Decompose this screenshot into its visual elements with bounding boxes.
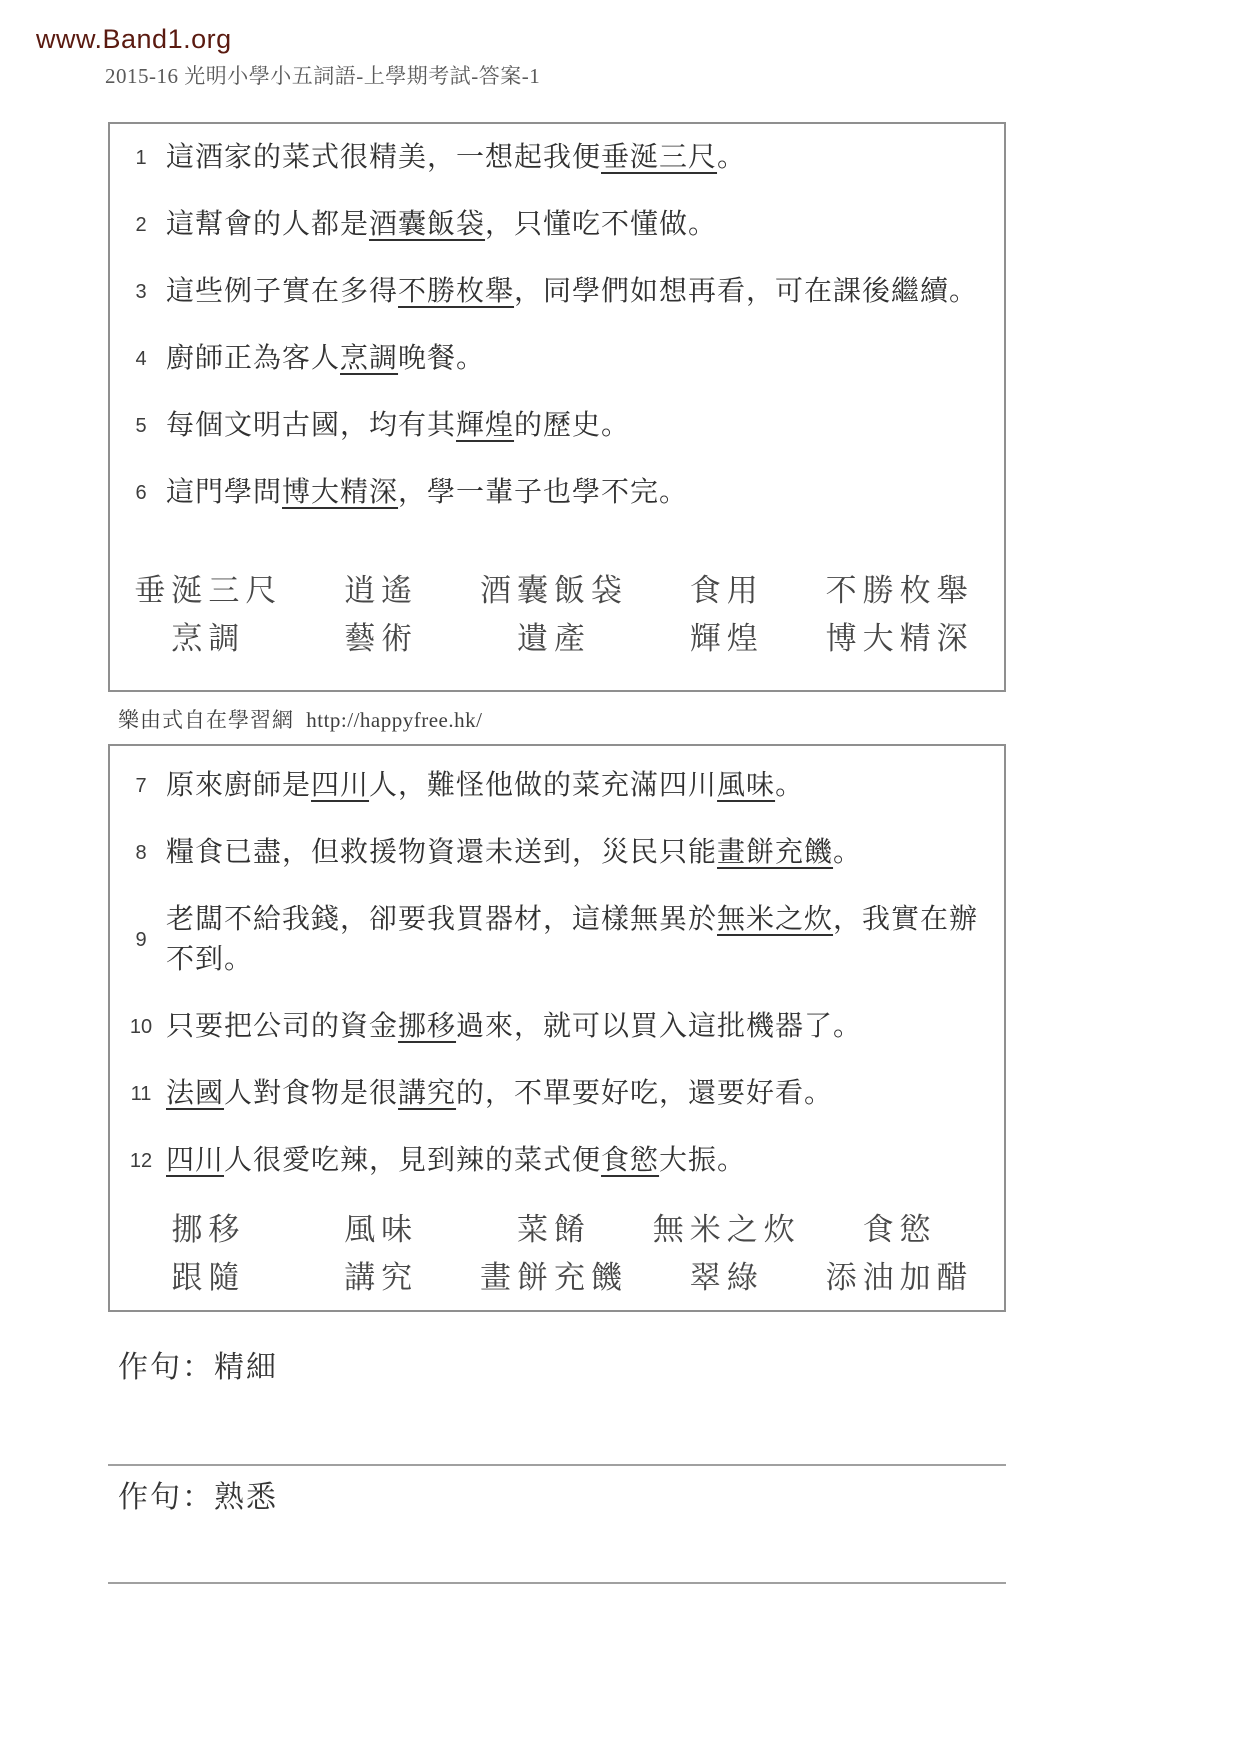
word-bank-row: 跟隨講究畫餅充饑翠綠添油加醋 xyxy=(122,1256,986,1300)
sentence-segment: 的歷史。 xyxy=(514,410,630,441)
sentence-number: 1 xyxy=(122,138,160,178)
answer-rule-1 xyxy=(108,1464,1006,1466)
sentence-text: 只要把公司的資金挪移過來，就可以買入這批機器了。 xyxy=(160,1007,986,1047)
task-word: 精細 xyxy=(214,1351,278,1384)
word-bank-item: 挪移 xyxy=(122,1208,295,1252)
sentence-segment: 老闆不給我錢，卻要我買器材，這樣無異於 xyxy=(166,904,717,935)
sentence-segment: 人很愛吃辣，見到辣的菜式便 xyxy=(224,1145,601,1176)
sentence-task-2: 作句：熟悉 xyxy=(118,1472,278,1516)
word-bank-item: 菜餚 xyxy=(468,1208,641,1252)
worksheet-page: www.Band1.org 2015-16 光明小學小五詞語-上學期考試-答案-… xyxy=(0,0,1240,1754)
sentence-segment: ，同學們如想再看，可在課後繼續。 xyxy=(514,276,978,307)
sentence-number: 6 xyxy=(122,473,160,513)
sentence-number: 3 xyxy=(122,272,160,312)
sentence-task-1: 作句：精細 xyxy=(118,1342,278,1386)
sentence-row: 4廚師正為客人烹調晚餐。 xyxy=(122,339,986,379)
sentence-text: 糧食已盡，但救援物資還未送到，災民只能畫餅充饑。 xyxy=(160,833,986,873)
sentence-row: 3這些例子實在多得不勝枚舉，同學們如想再看，可在課後繼續。 xyxy=(122,272,986,312)
task-word: 熟悉 xyxy=(214,1481,278,1514)
sentence-segment: 大振。 xyxy=(659,1145,746,1176)
sentence-text: 這幫會的人都是酒囊飯袋，只懂吃不懂做。 xyxy=(160,205,986,245)
answer-word: 畫餅充饑 xyxy=(717,837,833,868)
sentence-segment: 這幫會的人都是 xyxy=(166,209,369,240)
sentence-segment: 這酒家的菜式很精美，一想起我便 xyxy=(166,142,601,173)
answer-word: 風味 xyxy=(717,770,775,801)
word-bank-item: 食慾 xyxy=(813,1208,986,1252)
word-bank-item: 講究 xyxy=(295,1256,468,1300)
source-line: 樂由式自在學習網 http://happyfree.hk/ xyxy=(118,704,482,734)
sentence-number: 7 xyxy=(122,766,160,806)
word-bank-item: 畫餅充饑 xyxy=(468,1256,641,1300)
sentence-list: 7原來廚師是四川人，難怪他做的菜充滿四川風味。8糧食已盡，但救援物資還未送到，災… xyxy=(122,766,986,1181)
sentence-text: 老闆不給我錢，卻要我買器材，這樣無異於無米之炊，我實在辦不到。 xyxy=(160,900,986,980)
sentence-row: 2這幫會的人都是酒囊飯袋，只懂吃不懂做。 xyxy=(122,205,986,245)
sentence-row: 9老闆不給我錢，卻要我買器材，這樣無異於無米之炊，我實在辦不到。 xyxy=(122,900,986,980)
answer-word: 講究 xyxy=(398,1078,456,1109)
sentence-text: 四川人很愛吃辣，見到辣的菜式便食慾大振。 xyxy=(160,1141,986,1181)
sentence-row: 1這酒家的菜式很精美，一想起我便垂涎三尺。 xyxy=(122,138,986,178)
word-bank: 垂涎三尺逍遙酒囊飯袋食用不勝枚舉烹調藝術遺產輝煌博大精深 xyxy=(122,569,986,661)
word-bank: 挪移風味菜餚無米之炊食慾跟隨講究畫餅充饑翠綠添油加醋 xyxy=(122,1208,986,1300)
sentence-segment: 糧食已盡，但救援物資還未送到，災民只能 xyxy=(166,837,717,868)
answer-word: 不勝枚舉 xyxy=(398,276,514,307)
sentence-number: 2 xyxy=(122,205,160,245)
sentence-text: 這酒家的菜式很精美，一想起我便垂涎三尺。 xyxy=(160,138,986,178)
sentence-text: 這門學問博大精深，學一輩子也學不完。 xyxy=(160,473,986,513)
answer-word: 無米之炊 xyxy=(717,904,833,935)
sentence-number: 12 xyxy=(122,1141,160,1181)
sentence-segment: ，學一輩子也學不完。 xyxy=(398,477,688,508)
word-bank-item: 輝煌 xyxy=(640,617,813,661)
sentence-segment: 。 xyxy=(775,770,804,801)
doc-title: 2015-16 光明小學小五詞語-上學期考試-答案-1 xyxy=(105,60,540,90)
sentence-segment: 這門學問 xyxy=(166,477,282,508)
sentence-segment: 原來廚師是 xyxy=(166,770,311,801)
source-site-name: 樂由式自在學習網 xyxy=(118,708,294,732)
word-bank-item: 跟隨 xyxy=(122,1256,295,1300)
word-bank-item: 酒囊飯袋 xyxy=(468,569,641,613)
answer-word: 法國 xyxy=(166,1078,224,1109)
sentence-row: 11法國人對食物是很講究的，不單要好吃，還要好看。 xyxy=(122,1074,986,1114)
sentence-segment: 人，難怪他做的菜充滿四川 xyxy=(369,770,717,801)
answer-word: 輝煌 xyxy=(456,410,514,441)
task-label: 作句： xyxy=(118,1481,214,1514)
site-watermark: www.Band1.org xyxy=(36,24,232,55)
sentence-segment: 的，不單要好吃，還要好看。 xyxy=(456,1078,833,1109)
answer-word: 博大精深 xyxy=(282,477,398,508)
word-bank-item: 不勝枚舉 xyxy=(813,569,986,613)
sentence-text: 原來廚師是四川人，難怪他做的菜充滿四川風味。 xyxy=(160,766,986,806)
sentence-segment: 。 xyxy=(833,837,862,868)
sentence-segment: 晚餐。 xyxy=(398,343,485,374)
sentence-row: 8糧食已盡，但救援物資還未送到，災民只能畫餅充饑。 xyxy=(122,833,986,873)
sentence-text: 法國人對食物是很講究的，不單要好吃，還要好看。 xyxy=(160,1074,986,1114)
word-bank-row: 烹調藝術遺產輝煌博大精深 xyxy=(122,617,986,661)
sentence-number: 5 xyxy=(122,406,160,446)
sentence-row: 6這門學問博大精深，學一輩子也學不完。 xyxy=(122,473,986,513)
task-label: 作句： xyxy=(118,1351,214,1384)
answer-rule-2 xyxy=(108,1582,1006,1584)
sentence-segment: 過來，就可以買入這批機器了。 xyxy=(456,1011,862,1042)
sentence-row: 12四川人很愛吃辣，見到辣的菜式便食慾大振。 xyxy=(122,1141,986,1181)
answer-word: 垂涎三尺 xyxy=(601,142,717,173)
sentence-number: 8 xyxy=(122,833,160,873)
word-bank-row: 挪移風味菜餚無米之炊食慾 xyxy=(122,1208,986,1252)
word-bank-item: 垂涎三尺 xyxy=(122,569,295,613)
word-bank-item: 博大精深 xyxy=(813,617,986,661)
sentence-segment: ，只懂吃不懂做。 xyxy=(485,209,717,240)
sentence-segment: 只要把公司的資金 xyxy=(166,1011,398,1042)
sentence-segment: 廚師正為客人 xyxy=(166,343,340,374)
sentence-segment: 。 xyxy=(717,142,746,173)
word-bank-item: 食用 xyxy=(640,569,813,613)
sentence-text: 廚師正為客人烹調晚餐。 xyxy=(160,339,986,379)
word-bank-item: 添油加醋 xyxy=(813,1256,986,1300)
answer-word: 挪移 xyxy=(398,1011,456,1042)
question-box-2: 7原來廚師是四川人，難怪他做的菜充滿四川風味。8糧食已盡，但救援物資還未送到，災… xyxy=(108,744,1006,1312)
sentence-text: 每個文明古國，均有其輝煌的歷史。 xyxy=(160,406,986,446)
word-bank-item: 風味 xyxy=(295,1208,468,1252)
word-bank-item: 無米之炊 xyxy=(640,1208,813,1252)
word-bank-item: 遺產 xyxy=(468,617,641,661)
word-bank-item: 藝術 xyxy=(295,617,468,661)
sentence-segment: 人對食物是很 xyxy=(224,1078,398,1109)
word-bank-item: 逍遙 xyxy=(295,569,468,613)
sentence-text: 這些例子實在多得不勝枚舉，同學們如想再看，可在課後繼續。 xyxy=(160,272,986,312)
word-bank-item: 烹調 xyxy=(122,617,295,661)
source-url: http://happyfree.hk/ xyxy=(306,708,482,732)
sentence-number: 11 xyxy=(122,1074,160,1114)
sentence-list: 1這酒家的菜式很精美，一想起我便垂涎三尺。2這幫會的人都是酒囊飯袋，只懂吃不懂做… xyxy=(122,138,986,513)
sentence-row: 7原來廚師是四川人，難怪他做的菜充滿四川風味。 xyxy=(122,766,986,806)
sentence-number: 9 xyxy=(122,920,160,960)
sentence-segment: 這些例子實在多得 xyxy=(166,276,398,307)
answer-word: 酒囊飯袋 xyxy=(369,209,485,240)
sentence-row: 10只要把公司的資金挪移過來，就可以買入這批機器了。 xyxy=(122,1007,986,1047)
sentence-number: 4 xyxy=(122,339,160,379)
sentence-number: 10 xyxy=(122,1007,160,1047)
word-bank-item: 翠綠 xyxy=(640,1256,813,1300)
answer-word: 四川 xyxy=(311,770,369,801)
word-bank-row: 垂涎三尺逍遙酒囊飯袋食用不勝枚舉 xyxy=(122,569,986,613)
sentence-row: 5每個文明古國，均有其輝煌的歷史。 xyxy=(122,406,986,446)
sentence-segment: 每個文明古國，均有其 xyxy=(166,410,456,441)
answer-word: 食慾 xyxy=(601,1145,659,1176)
answer-word: 烹調 xyxy=(340,343,398,374)
question-box-1: 1這酒家的菜式很精美，一想起我便垂涎三尺。2這幫會的人都是酒囊飯袋，只懂吃不懂做… xyxy=(108,122,1006,692)
answer-word: 四川 xyxy=(166,1145,224,1176)
